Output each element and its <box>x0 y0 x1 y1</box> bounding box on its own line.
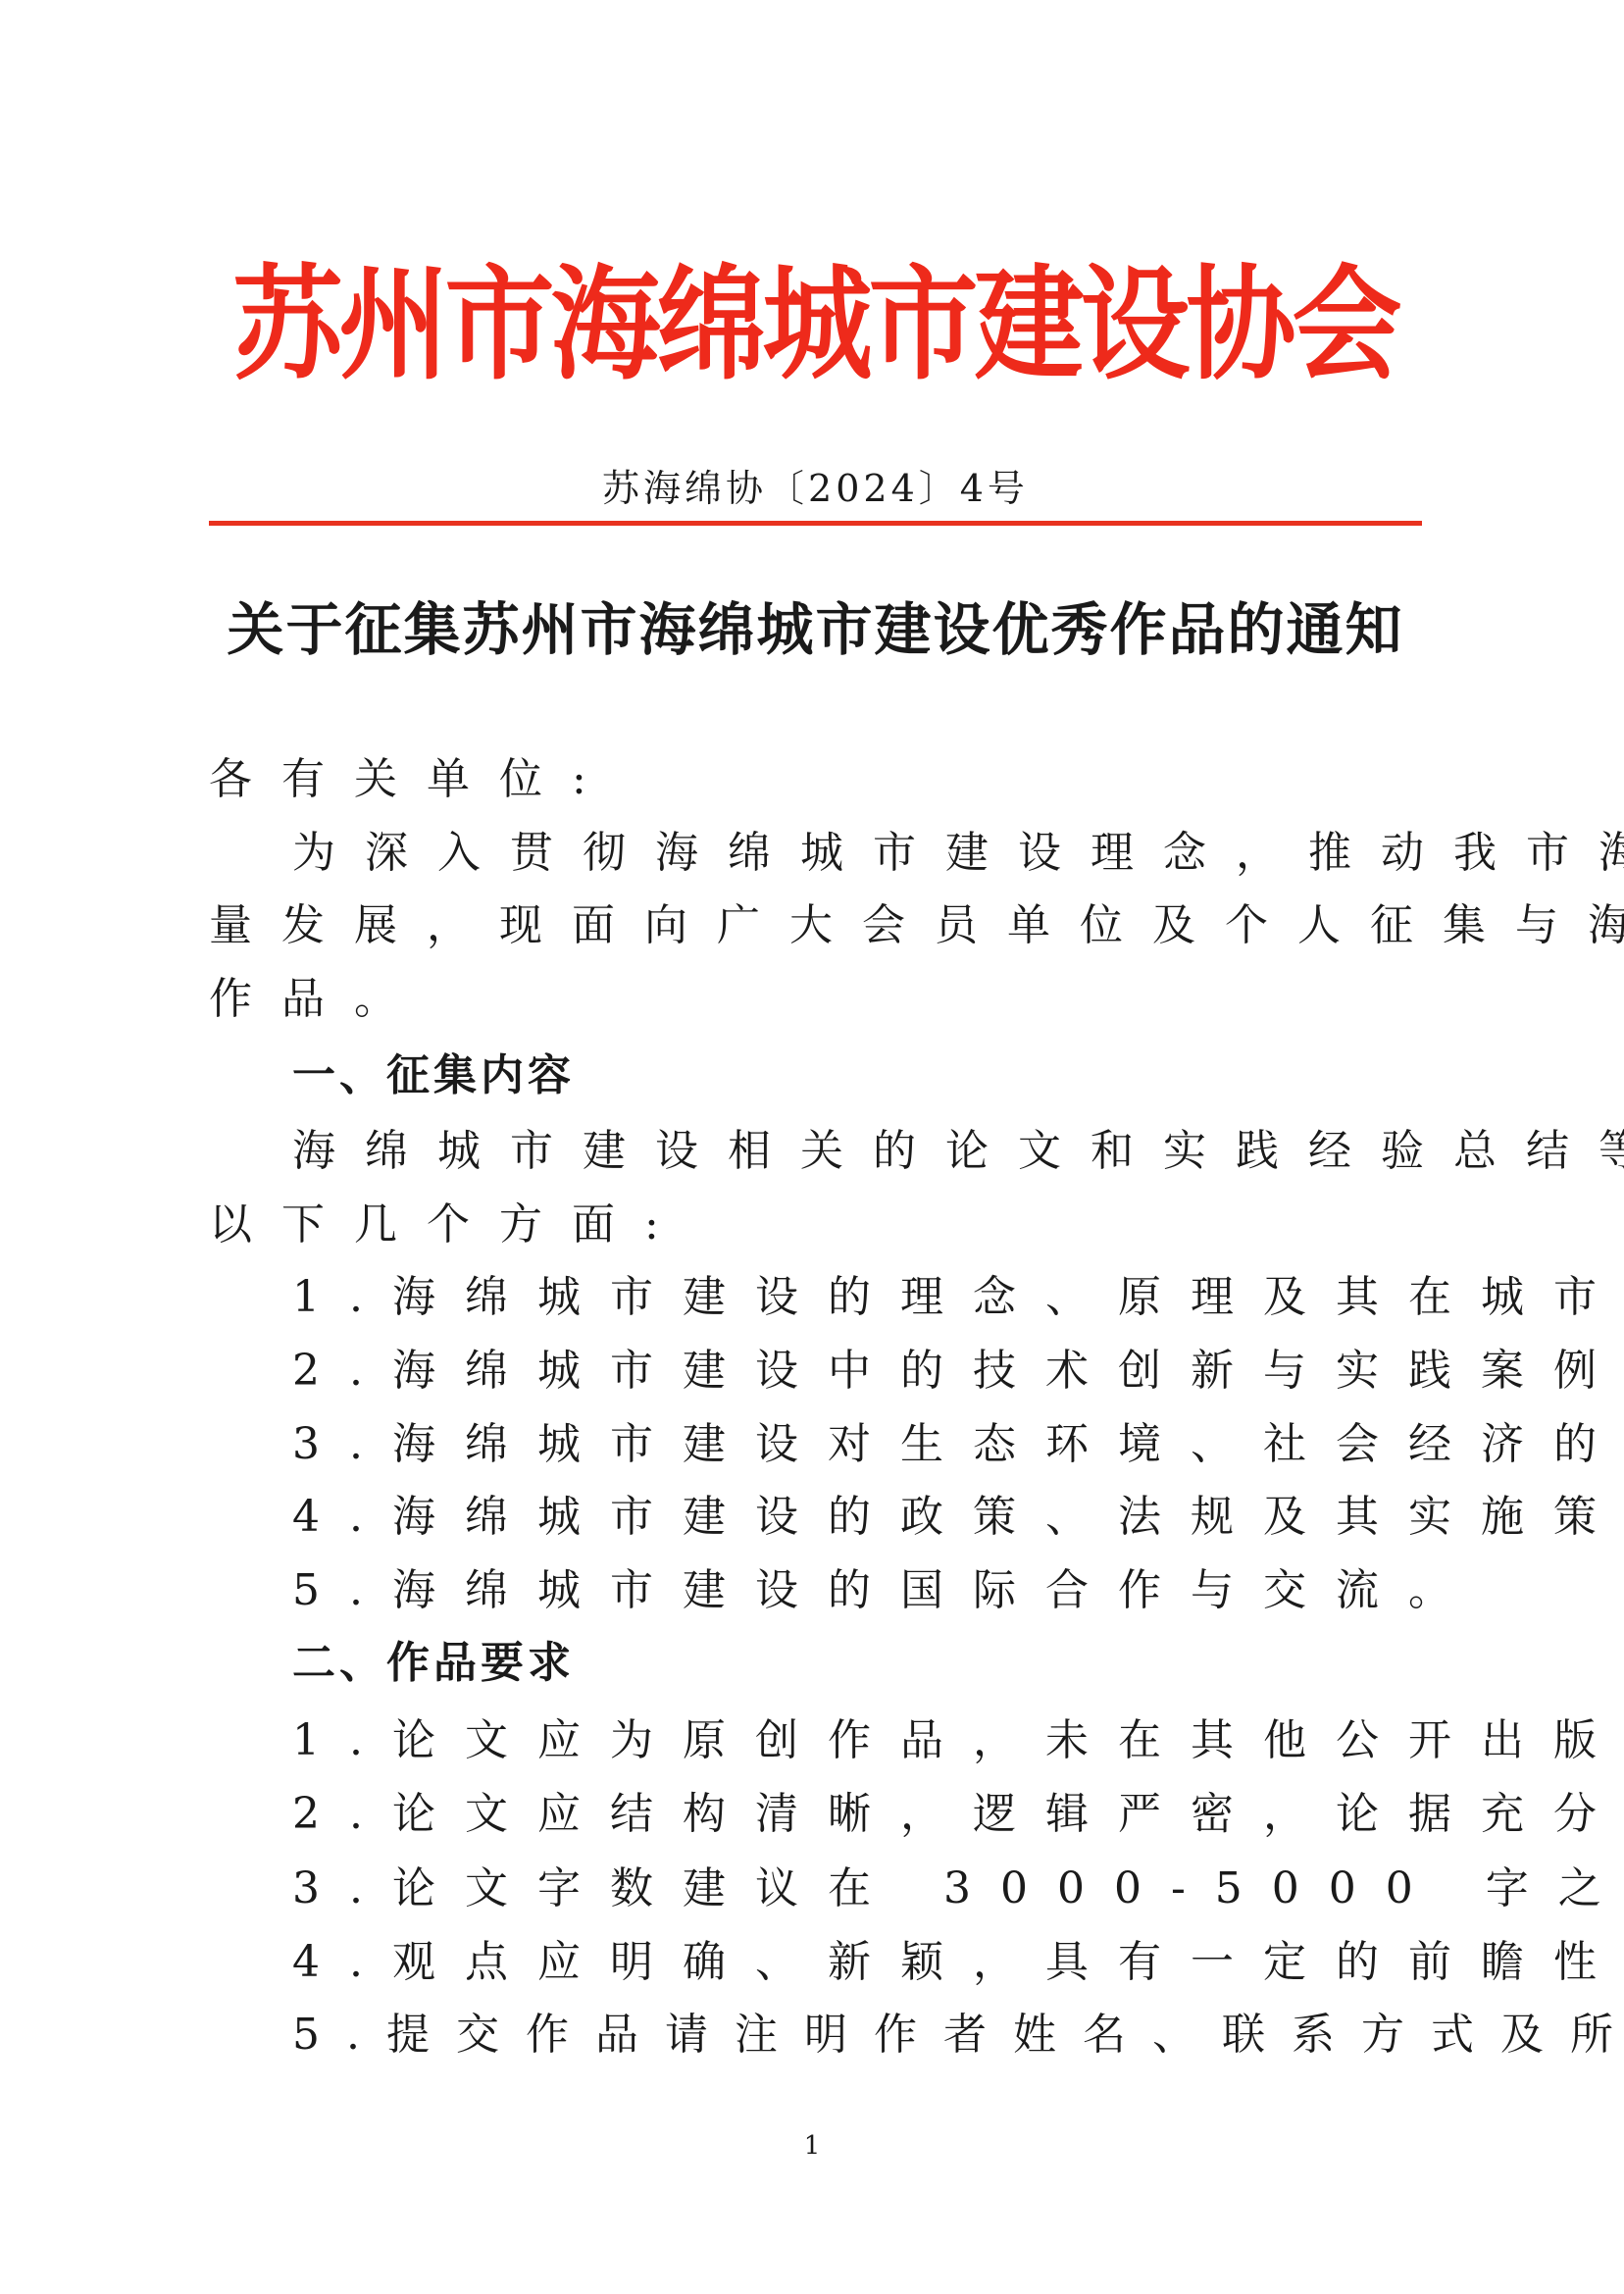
list-item: 2.论文应结构清晰，逻辑严密，论据充分，数据准确; <box>292 1778 1508 1851</box>
list-item: 3.论文字数建议在 3000-5000 字之间; <box>292 1853 1508 1925</box>
page-number: 1 <box>792 2126 832 2166</box>
list-item: 3.海绵城市建设对生态环境、社会经济的影响评估; <box>292 1408 1508 1481</box>
intro-line: 为深入贯彻海绵城市建设理念，推动我市海绵城市建设高质 <box>292 817 1425 890</box>
intro-line: 作品。 <box>209 963 1425 1036</box>
list-item: 4.观点应明确、新颖，具有一定的前瞻性和创新性; <box>292 1926 1508 1999</box>
list-item: 5.海绵城市建设的国际合作与交流。 <box>292 1555 1508 1627</box>
list-item: 4.海绵城市建设的政策、法规及其实施策略的解读; <box>292 1481 1508 1554</box>
section-text: 海绵城市建设相关的论文和实践经验总结等，包括但不限于 <box>292 1115 1425 1188</box>
list-item: 1.海绵城市建设的理念、原理及其在城市规划中的应用; <box>292 1261 1508 1334</box>
section-heading: 二、作品要求 <box>292 1627 1508 1700</box>
notice-title: 关于征集苏州市海绵城市建设优秀作品的通知 <box>209 594 1422 665</box>
red-divider <box>209 521 1422 526</box>
organization-header: 苏州市海绵城市建设协会 <box>209 249 1422 403</box>
list-item: 1.论文应为原创作品，未在其他公开出版物上发表过; <box>292 1705 1508 1777</box>
document-number: 苏海绵协〔2024〕4号 <box>209 461 1422 516</box>
list-item: 2.海绵城市建设中的技术创新与实践案例; <box>292 1335 1508 1407</box>
intro-line: 量发展，现面向广大会员单位及个人征集与海绵城市建设相关的 <box>209 890 1425 962</box>
list-item: 5.提交作品请注明作者姓名、联系方式及所属单位或组织。 <box>292 1999 1508 2071</box>
section-heading: 一、征集内容 <box>292 1040 1508 1112</box>
salutation: 各有关单位: <box>209 743 1425 816</box>
section-text: 以下几个方面: <box>209 1189 1425 1261</box>
